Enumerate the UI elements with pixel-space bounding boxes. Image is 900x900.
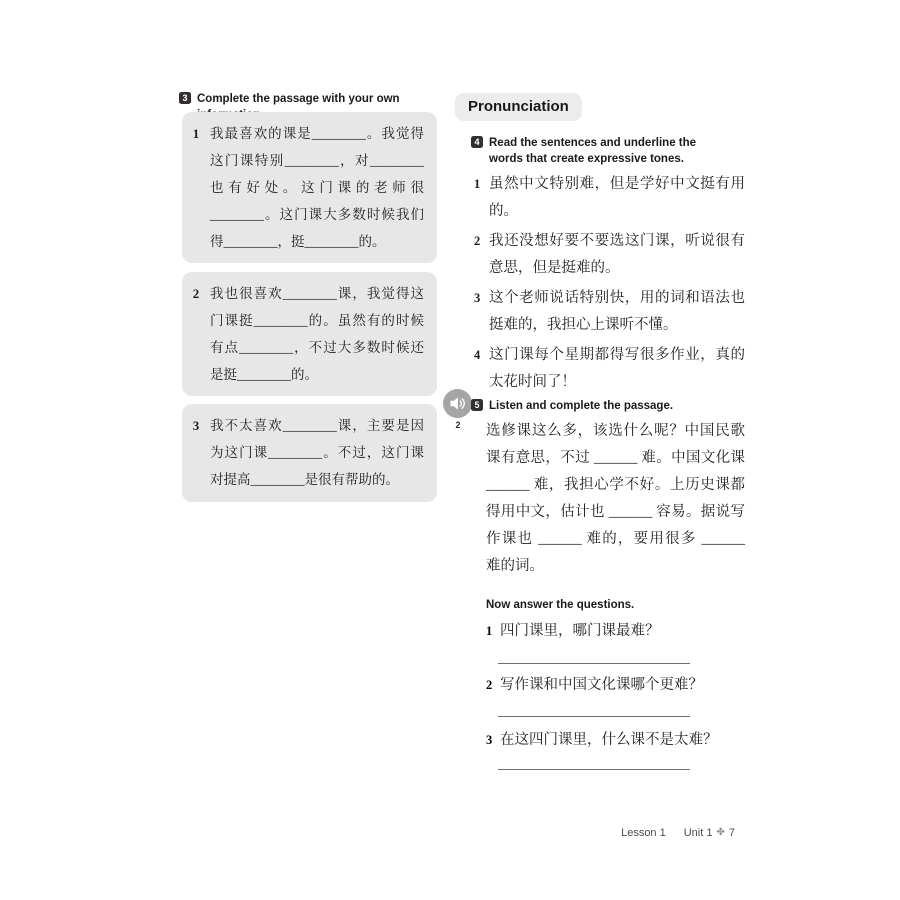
question-row: 2 写作课和中国文化课哪个更难？ xyxy=(486,674,745,696)
audio-track-number: 2 xyxy=(443,420,473,430)
exercise5-title: Listen and complete the passage. xyxy=(489,398,673,414)
footer-page-number: 7 xyxy=(729,827,735,839)
exercise3-number-badge: 3 xyxy=(179,92,191,104)
item-number: 2 xyxy=(182,280,210,388)
fill-in-box-2: 2 我也很喜欢________课，我觉得这门课挺________的。虽然有的时候… xyxy=(182,272,437,396)
fill-in-box-3: 3 我不太喜欢________课，主要是因为这门课________。不过，这门课… xyxy=(182,404,437,502)
item-number: 1 xyxy=(182,120,210,255)
question-text: 四门课里，哪门课最难？ xyxy=(500,620,660,642)
answer-line xyxy=(498,663,690,664)
exercise5-heading: 5 Listen and complete the passage. xyxy=(471,398,733,414)
exercise4-number-badge: 4 xyxy=(471,136,483,148)
speaker-icon xyxy=(443,389,472,418)
sentence-number: 3 xyxy=(474,285,489,339)
question-text: 写作课和中国文化课哪个更难？ xyxy=(500,674,703,696)
sentence-number: 2 xyxy=(474,228,489,282)
sentence-row: 1 虽然中文特别难，但是学好中文挺有用的。 xyxy=(474,171,745,225)
question-number: 2 xyxy=(486,674,500,696)
section-title-pronunciation: Pronunciation xyxy=(455,93,582,121)
item-number: 3 xyxy=(182,412,210,493)
exercise4-heading: 4 Read the sentences and underline the w… xyxy=(471,135,729,167)
sentence-text: 虽然中文特别难，但是学好中文挺有用的。 xyxy=(489,171,745,225)
fill-in-box-1: 1 我最喜欢的课是________。我觉得这门课特别________，对____… xyxy=(182,112,437,263)
footer-lesson-label: Lesson 1 xyxy=(621,827,666,839)
answer-line xyxy=(498,716,690,717)
sentence-text: 这门课每个星期都得写很多作业，真的太花时间了！ xyxy=(489,342,745,396)
workbook-page: 3 Complete the passage with your own inf… xyxy=(0,0,900,900)
sentence-number: 1 xyxy=(474,171,489,225)
flower-icon: ✤ xyxy=(716,828,724,838)
sentence-number: 4 xyxy=(474,342,489,396)
audio-track-indicator: 2 xyxy=(443,389,473,430)
fill-in-passage-2: 我也很喜欢________课，我觉得这门课挺________的。虽然有的时候有点… xyxy=(210,280,424,388)
answer-line xyxy=(498,769,690,770)
exercise4-sentences: 1 虽然中文特别难，但是学好中文挺有用的。 2 我还没想好要不要选这门课，听说很… xyxy=(474,171,745,399)
question-row: 3 在这四门课里，什么课不是太难？ xyxy=(486,729,745,751)
listening-passage: 选修课这么多，该选什么呢？中国民歌课有意思，不过 ______ 难。中国文化课 … xyxy=(486,418,745,580)
footer-unit-label: Unit 1 xyxy=(684,827,713,839)
exercise4-title: Read the sentences and underline the wor… xyxy=(489,135,729,167)
fill-in-passage-3: 我不太喜欢________课，主要是因为这门课________。不过，这门课对提… xyxy=(210,412,424,493)
page-footer: Lesson 1 Unit 1 ✤ 7 xyxy=(621,827,735,839)
questions-subheading: Now answer the questions. xyxy=(486,599,634,611)
question-number: 3 xyxy=(486,729,500,751)
fill-in-passage-1: 我最喜欢的课是________。我觉得这门课特别________，对______… xyxy=(210,120,424,255)
exercise5-number-badge: 5 xyxy=(471,399,483,411)
question-number: 1 xyxy=(486,620,500,642)
sentence-row: 4 这门课每个星期都得写很多作业，真的太花时间了！ xyxy=(474,342,745,396)
sentence-text: 这个老师说话特别快，用的词和语法也挺难的，我担心上课听不懂。 xyxy=(489,285,745,339)
sentence-row: 3 这个老师说话特别快，用的词和语法也挺难的，我担心上课听不懂。 xyxy=(474,285,745,339)
sentence-row: 2 我还没想好要不要选这门课，听说很有意思，但是挺难的。 xyxy=(474,228,745,282)
sentence-text: 我还没想好要不要选这门课，听说很有意思，但是挺难的。 xyxy=(489,228,745,282)
question-text: 在这四门课里，什么课不是太难？ xyxy=(500,729,718,751)
question-row: 1 四门课里，哪门课最难？ xyxy=(486,620,745,642)
